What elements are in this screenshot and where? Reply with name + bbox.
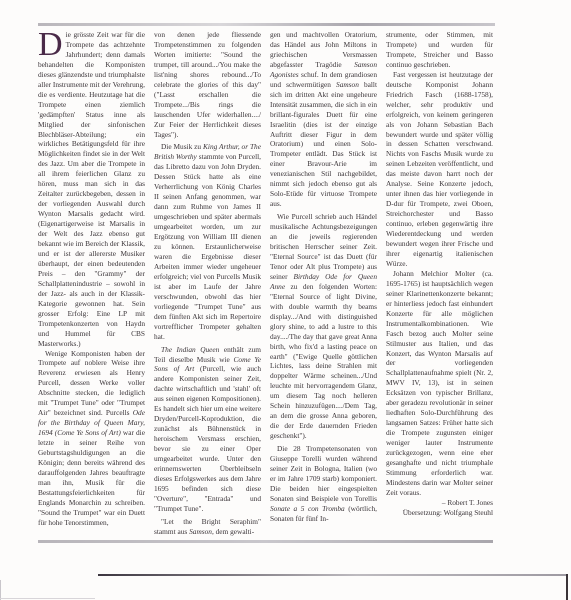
- paragraph: Die Musik zu King Arthur, or The British…: [154, 142, 261, 341]
- paragraph: strumente, oder Stimmen, mit Trompete) u…: [386, 30, 493, 70]
- bottom-rule: [38, 540, 493, 543]
- drop-cap: D: [38, 31, 63, 59]
- paragraph: Wenige Komponisten haben der Trompete au…: [38, 349, 145, 528]
- paragraph: "Let the Bright Seraphim" stammt aus Sam…: [154, 517, 261, 537]
- liner-notes-page: Die grösste Zeit war für die Trompete da…: [0, 0, 571, 600]
- author-credit: – Robert T. Jones Übersetzung: Wolfgang …: [386, 498, 493, 518]
- paragraph: Johann Melchior Molter (ca. 1695-1765) i…: [386, 269, 493, 498]
- paragraph: The Indian Queen enthält zum Teil diesel…: [154, 345, 261, 514]
- text-columns: Die grösste Zeit war für die Trompete da…: [38, 30, 495, 535]
- top-rule: [38, 23, 495, 26]
- column-2: von denen jede fliessende Trompetenstimm…: [154, 30, 261, 535]
- column-4: strumente, oder Stimmen, mit Trompete) u…: [386, 30, 493, 535]
- work-title: Sonate a 5 con Tromba: [270, 504, 345, 513]
- column-1: Die grösste Zeit war für die Trompete da…: [38, 30, 145, 535]
- right-edge-line: [566, 574, 568, 600]
- work-title: Samson: [189, 527, 212, 536]
- work-title: The Indian Queen: [161, 345, 219, 354]
- paragraph: Fast vergessen ist heutzutage der deutsc…: [386, 70, 493, 269]
- paragraph: von denen jede fliessende Trompetenstimm…: [154, 30, 261, 139]
- work-title: Samson: [336, 80, 359, 89]
- column-3: gen und machtvollen Oratorium, das Hände…: [270, 30, 377, 535]
- paragraph: Die 28 Trompetensonaten von Giuseppe Tor…: [270, 444, 377, 524]
- paragraph: Wie Purcell schrieb auch Händel musikali…: [270, 212, 377, 441]
- left-base-line: [0, 598, 95, 599]
- lower-edge-rule: [98, 574, 568, 576]
- paragraph: Die grösste Zeit war für die Trompete da…: [38, 30, 145, 349]
- paragraph: gen und machtvollen Oratorium, das Hände…: [270, 30, 377, 209]
- translator-credit: Übersetzung: Wolfgang Steuhl: [403, 508, 493, 517]
- left-edge-line: [0, 580, 1, 600]
